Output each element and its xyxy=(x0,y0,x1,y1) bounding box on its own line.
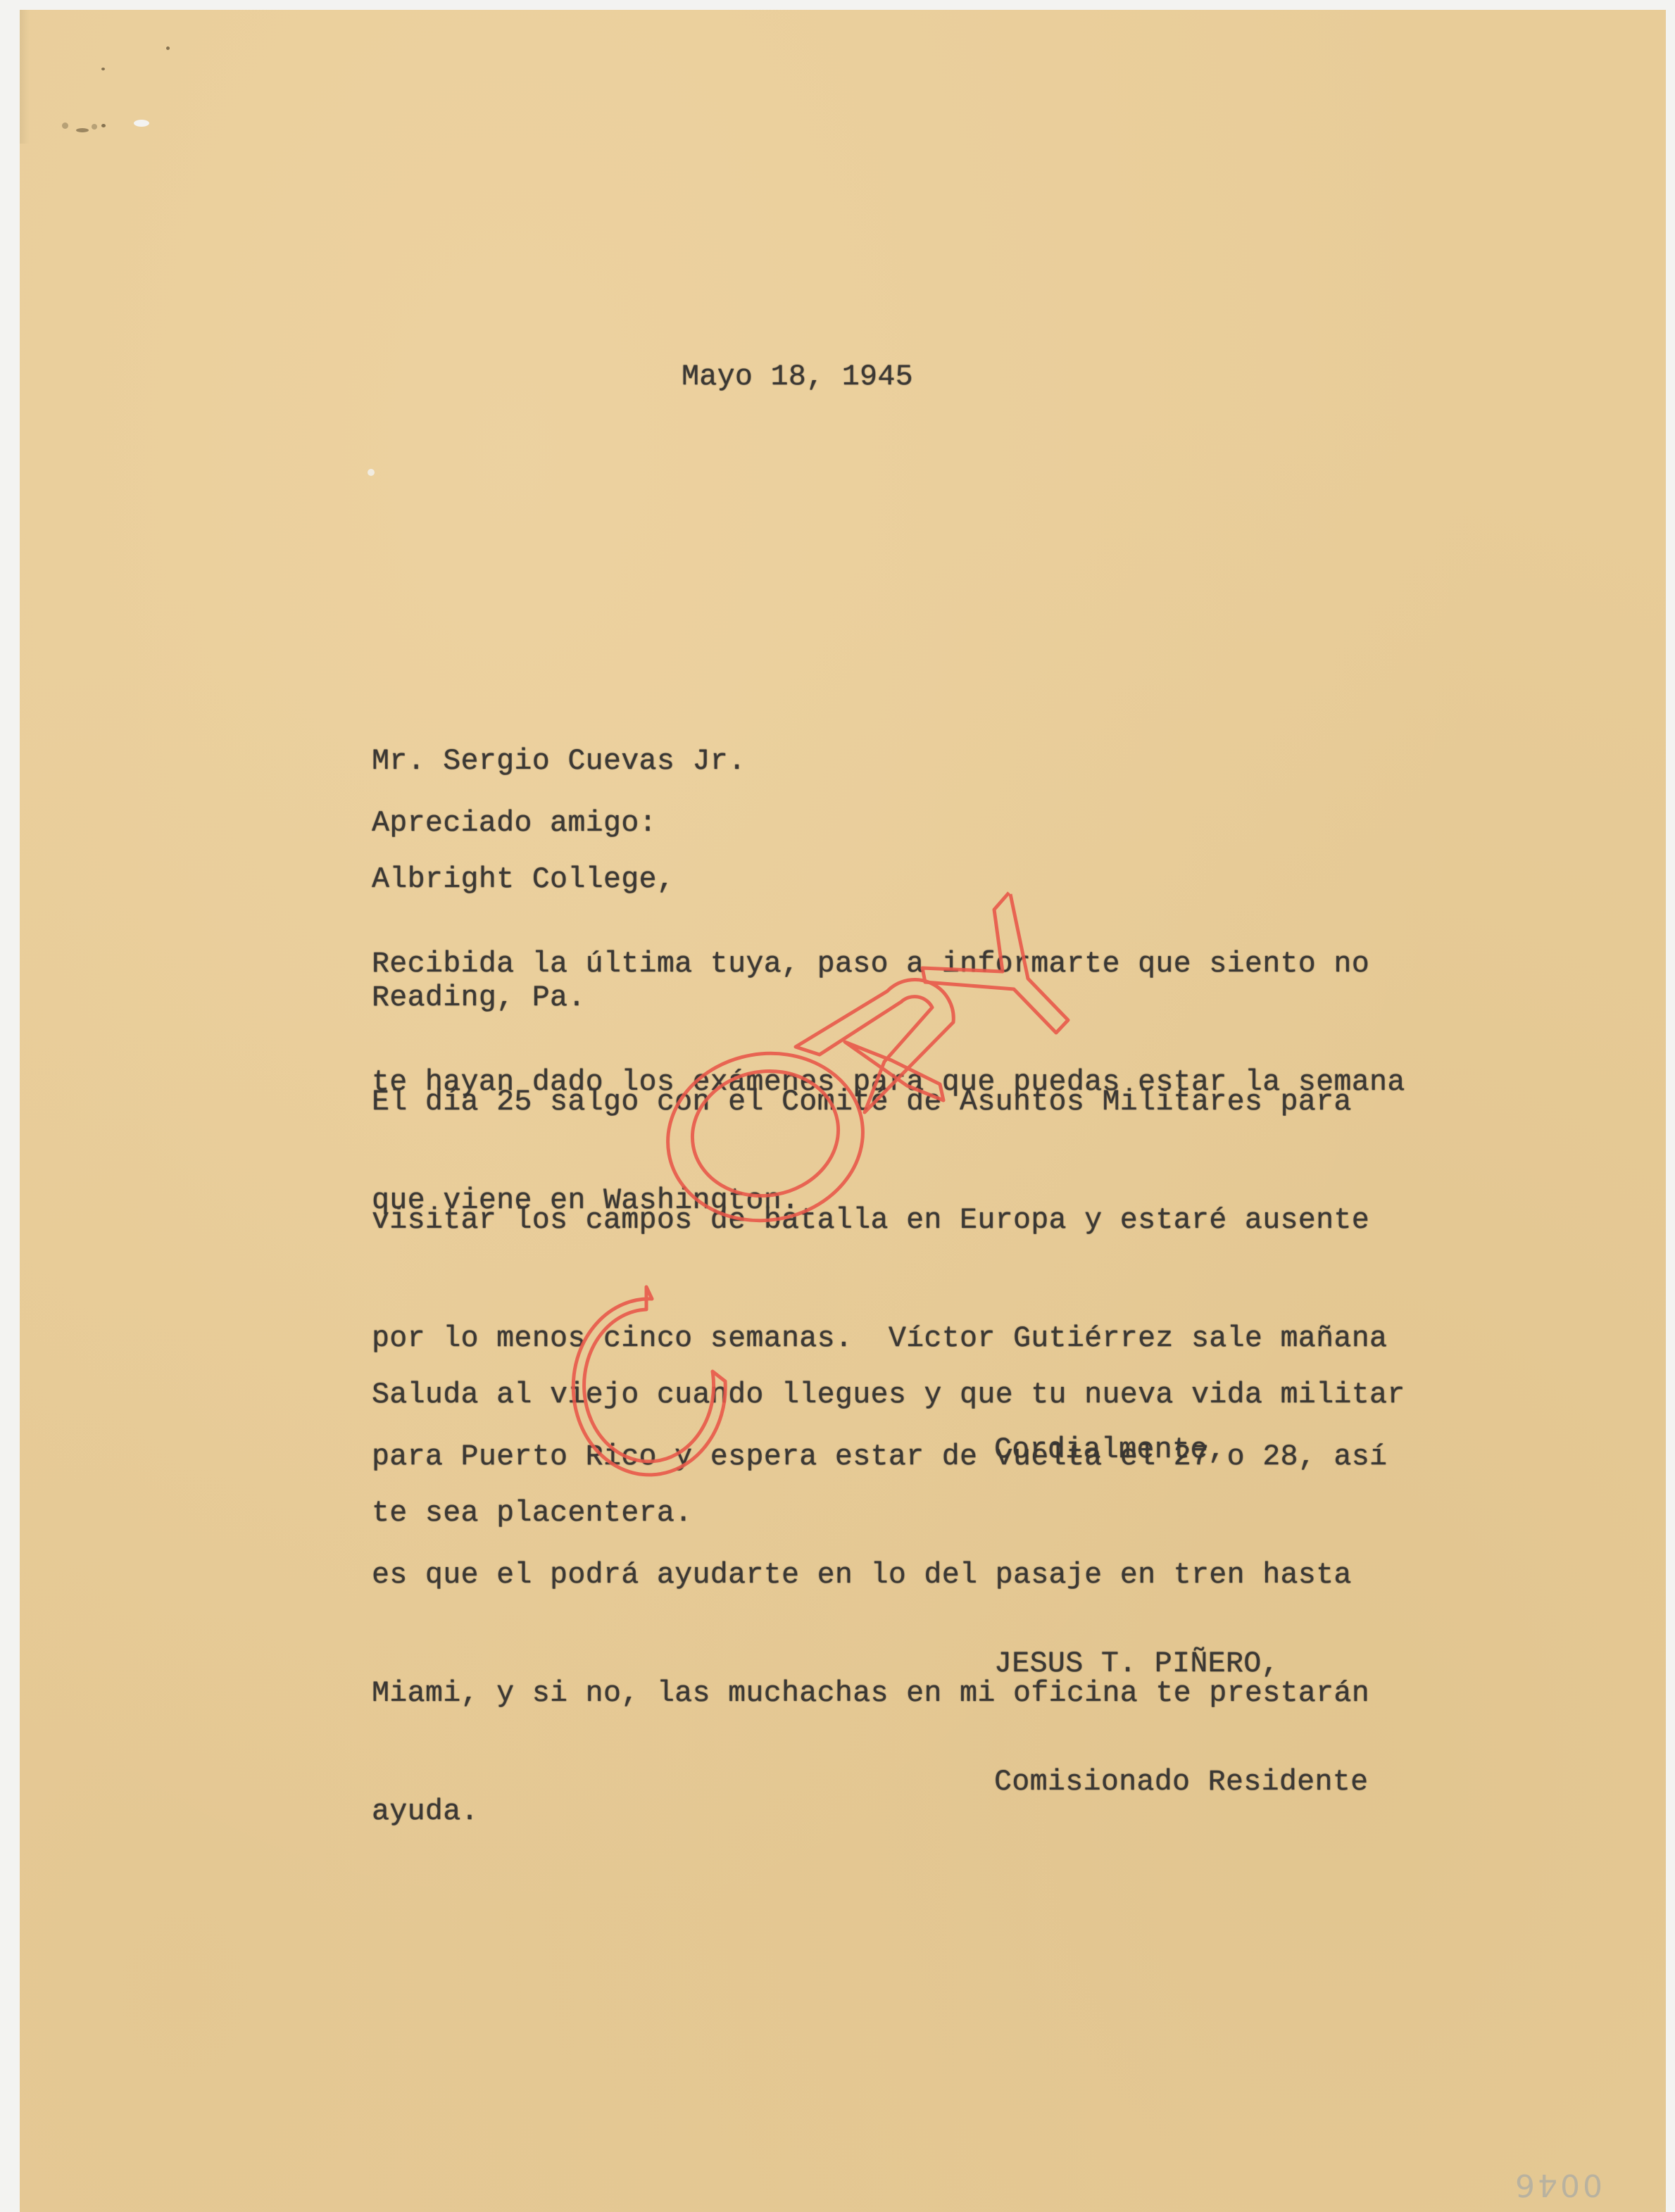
archive-number: 0046 xyxy=(1512,2167,1602,2203)
recipient-name: Mr. Sergio Cuevas Jr. xyxy=(372,742,746,781)
signature-block: JESUS T. PIÑERO, Comisionado Residente xyxy=(994,1566,1368,1842)
body-line: visitar los campos de batalla en Europa … xyxy=(372,1201,1387,1240)
ink-speck xyxy=(166,46,170,50)
ink-speck xyxy=(62,122,68,129)
signer-name: JESUS T. PIÑERO, xyxy=(994,1645,1368,1684)
ink-speck xyxy=(101,68,105,70)
paper-hole xyxy=(134,120,149,127)
closing: Cordialmente, xyxy=(994,1431,1226,1470)
body-line: Saluda al viejo cuando llegues y que tu … xyxy=(372,1376,1405,1415)
signer-title: Comisionado Residente xyxy=(994,1763,1368,1802)
body-line: El día 25 salgo con el Comité de Asuntos… xyxy=(372,1083,1387,1122)
paper-hole xyxy=(368,469,375,476)
salutation: Apreciado amigo: xyxy=(372,804,657,843)
page-fold-shadow xyxy=(20,10,30,144)
body-paragraph-3: Saluda al viejo cuando llegues y que tu … xyxy=(372,1297,1405,1573)
body-line: te sea placentera. xyxy=(372,1494,1405,1533)
ink-speck xyxy=(92,124,97,130)
letter-date: Mayo 18, 1945 xyxy=(682,358,913,397)
ink-speck xyxy=(101,124,106,127)
ink-speck xyxy=(76,128,89,132)
body-line: Recibida la última tuya, paso a informar… xyxy=(372,945,1405,984)
